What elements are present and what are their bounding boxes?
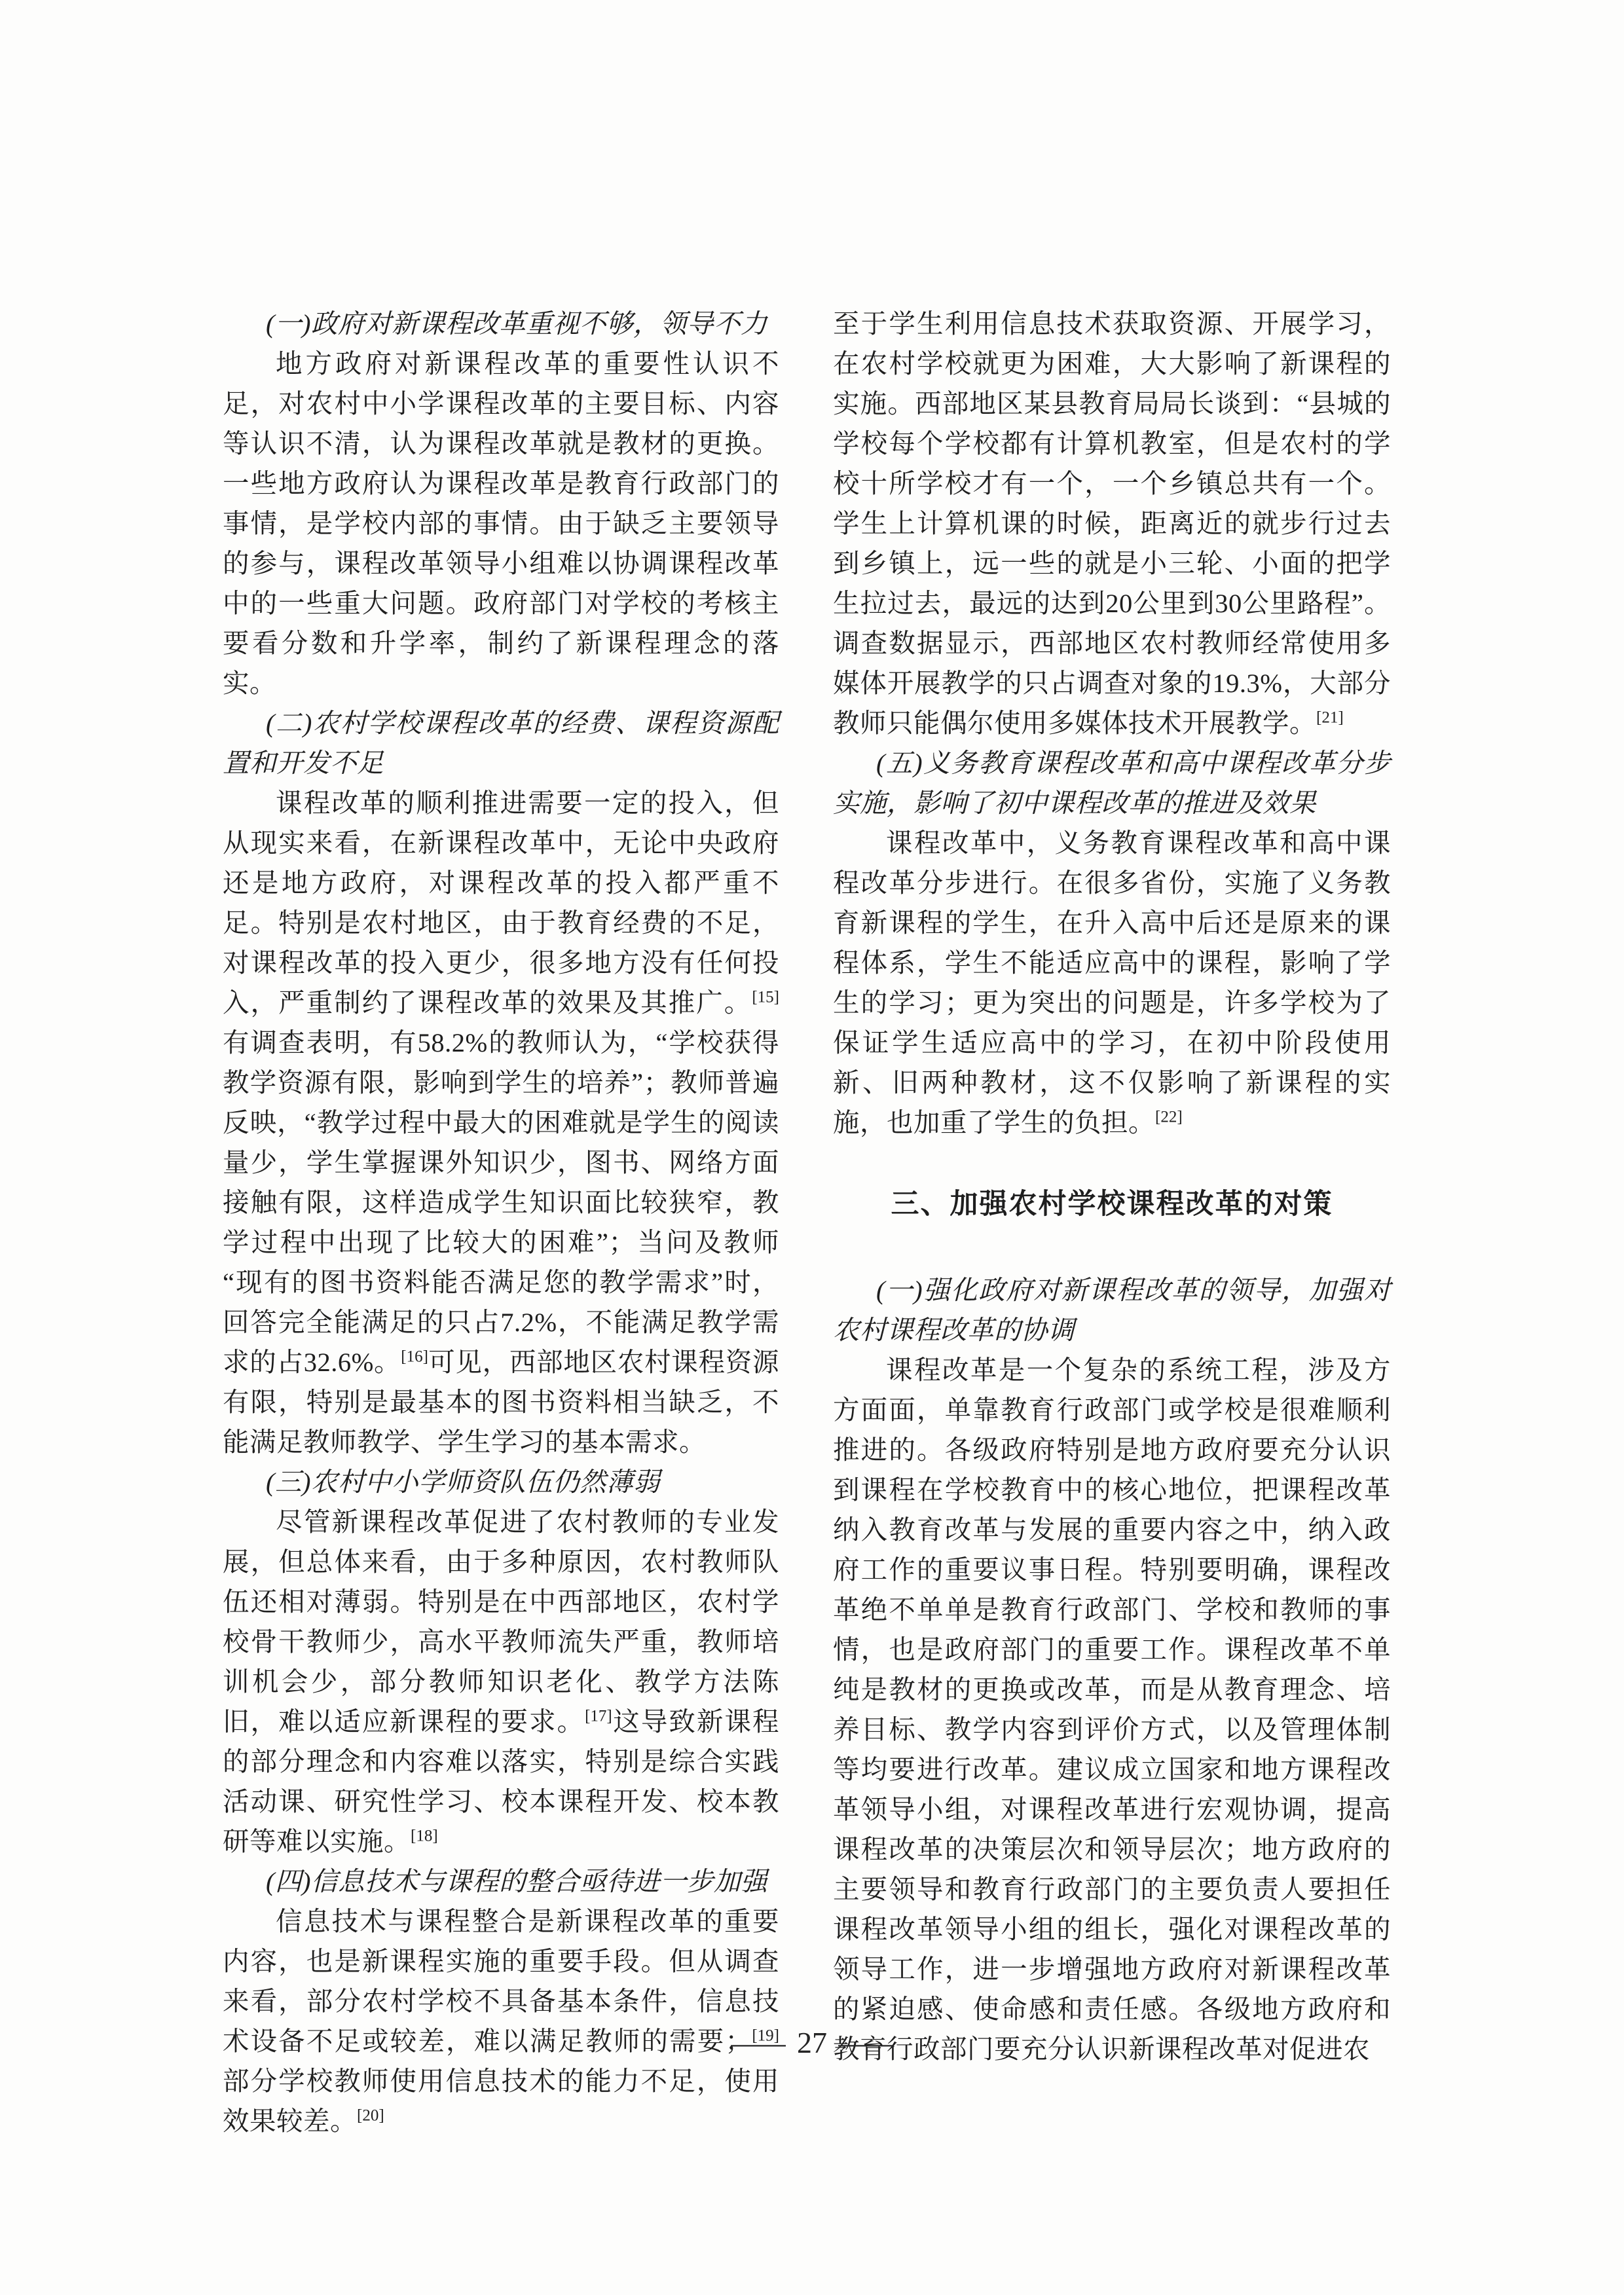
body-paragraph: 信息技术与课程整合是新课程改革的重要内容，也是新课程实施的重要手段。但从调查来看… — [223, 1901, 779, 2141]
citation-ref: [17] — [585, 1708, 612, 1725]
subsection-heading: (二)农村学校课程改革的经费、课程资源配置和开发不足 — [223, 703, 779, 783]
subsection-heading: (一)强化政府对新课程改革的领导，加强对农村课程改革的协调 — [833, 1270, 1391, 1350]
footer-right-dash: — — [839, 2023, 893, 2063]
subsection-heading: (五)义务教育课程改革和高中课程改革分步实施，影响了初中课程改革的推进及效果 — [833, 743, 1391, 823]
page-footer: — 27 — — [0, 2023, 1624, 2063]
subsection-heading: (四)信息技术与课程的整合亟待进一步加强 — [223, 1862, 779, 1901]
citation-ref: [22] — [1155, 1109, 1183, 1126]
body-paragraph: 尽管新课程改革促进了农村教师的专业发展，但总体来看，由于多种原因，农村教师队伍还… — [223, 1502, 779, 1862]
body-paragraph: 课程改革是一个复杂的系统工程，涉及方方面面，单靠教育行政部门或学校是很难顺利推进… — [833, 1350, 1391, 2069]
citation-ref: [15] — [752, 989, 779, 1006]
page-number: 27 — [797, 2023, 827, 2063]
subsection-heading: (一)政府对新课程改革重视不够，领导不力 — [223, 304, 779, 344]
citation-ref: [16] — [401, 1348, 428, 1366]
body-paragraph-continued: 至于学生利用信息技术获取资源、开展学习，在农村学校就更为困难，大大影响了新课程的… — [833, 304, 1391, 743]
right-column: 至于学生利用信息技术获取资源、开展学习，在农村学校就更为困难，大大影响了新课程的… — [833, 304, 1391, 2069]
left-column: (一)政府对新课程改革重视不够，领导不力地方政府对新课程改革的重要性认识不足，对… — [223, 304, 779, 2141]
citation-ref: [21] — [1316, 709, 1344, 727]
journal-page: (一)政府对新课程改革重视不够，领导不力地方政府对新课程改革的重要性认识不足，对… — [0, 0, 1624, 2295]
footer-left-dash: — — [731, 2023, 786, 2063]
section-heading: 三、加强农村学校课程改革的对策 — [833, 1184, 1391, 1224]
citation-ref: [20] — [357, 2107, 384, 2125]
body-paragraph: 地方政府对新课程改革的重要性认识不足，对农村中小学课程改革的主要目标、内容等认识… — [223, 344, 779, 703]
subsection-heading: (三)农村中小学师资队伍仍然薄弱 — [223, 1462, 779, 1502]
body-paragraph: 课程改革的顺利推进需要一定的投入，但从现实来看，在新课程改革中，无论中央政府还是… — [223, 783, 779, 1462]
body-paragraph: 课程改革中，义务教育课程改革和高中课程改革分步进行。在很多省份，实施了义务教育新… — [833, 823, 1391, 1143]
citation-ref: [18] — [411, 1827, 438, 1845]
